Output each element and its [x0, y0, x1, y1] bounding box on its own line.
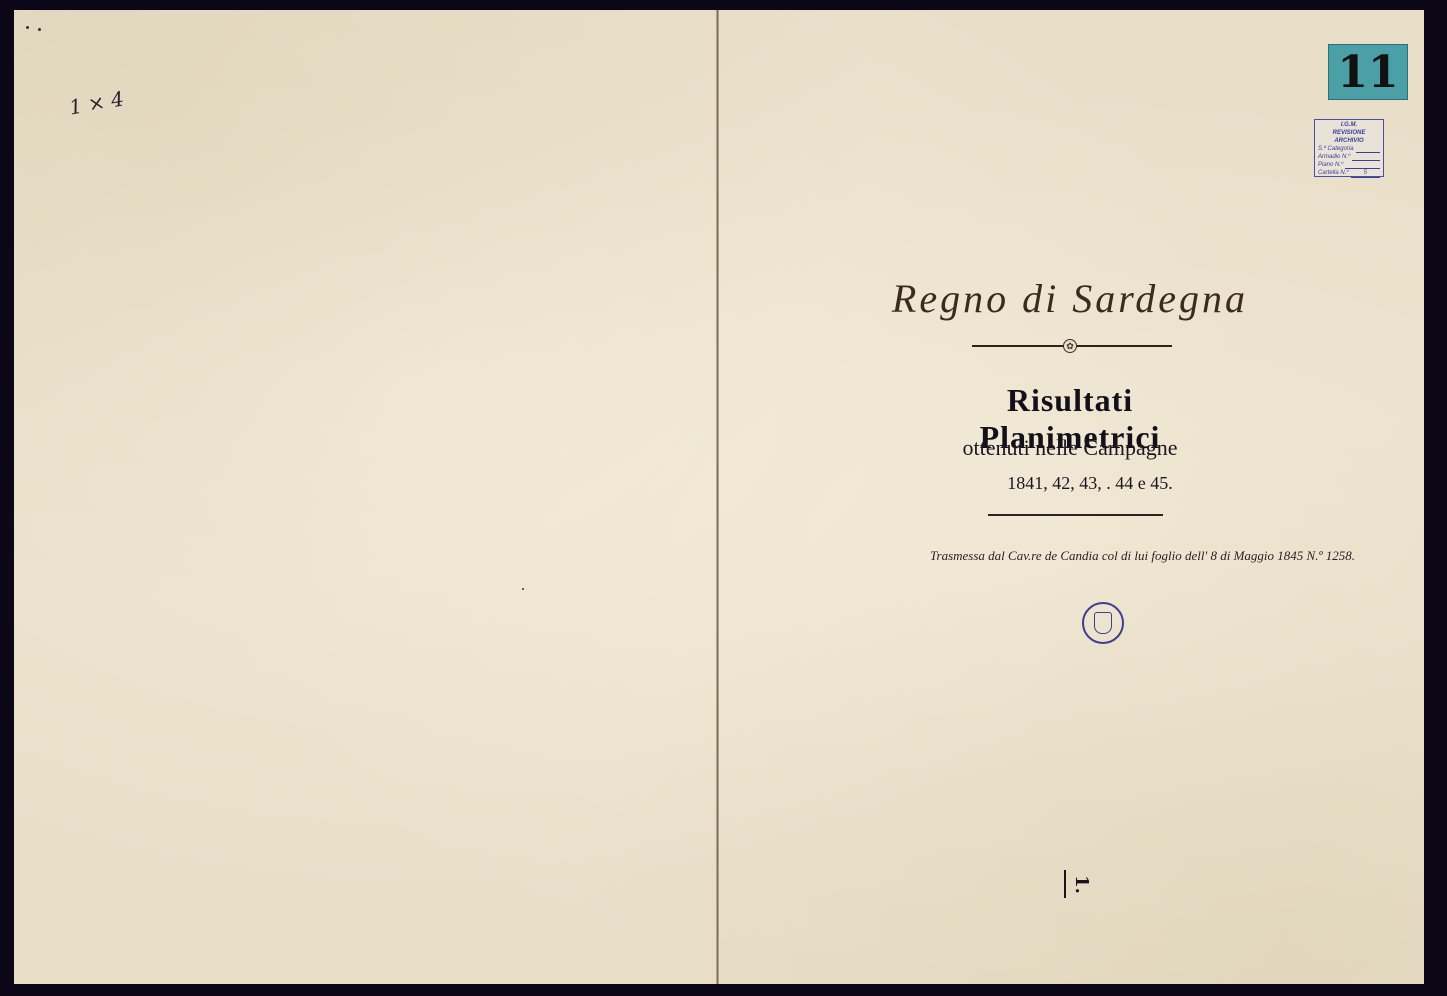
ink-speck	[38, 28, 41, 31]
scanned-document-sheet: 1 × 4	[14, 10, 1424, 984]
stamp-row-value	[1345, 161, 1380, 169]
left-page: 1 × 4	[14, 10, 718, 984]
ornament-divider: ✿	[972, 345, 1172, 347]
stamp-row-label: S.ª Categoria	[1318, 145, 1354, 153]
flower-ornament-icon: ✿	[1063, 339, 1077, 353]
stamp-row: Armadio N.º	[1318, 153, 1380, 161]
stamp-row-label: Armadio N.º	[1318, 153, 1350, 161]
stamp-row-value	[1352, 153, 1380, 161]
stamp-row: S.ª Categoria	[1318, 145, 1380, 153]
ink-speck	[522, 588, 524, 590]
title-kingdom: Regno di Sardegna	[880, 275, 1260, 322]
stamp-row: Piano N.º	[1318, 161, 1380, 169]
stamp-row-value: 5	[1351, 169, 1380, 178]
archive-number-label: 11	[1328, 44, 1408, 100]
stamp-header-2: REVISIONE ARCHIVIO	[1318, 129, 1380, 145]
divider-rule	[988, 514, 1163, 516]
folio-marker: 1.	[1064, 870, 1091, 898]
stamp-row: Cartella N.º 5	[1318, 169, 1380, 178]
stamp-row-value	[1356, 145, 1380, 153]
folio-bar	[1064, 870, 1066, 898]
ink-speck	[26, 26, 29, 29]
stamp-row-label: Cartella N.º	[1318, 169, 1349, 178]
archive-stamp: I.G.M. REVISIONE ARCHIVIO S.ª Categoria …	[1314, 119, 1384, 177]
stamp-header-1: I.G.M.	[1318, 121, 1380, 129]
archive-seal-icon	[1082, 602, 1124, 644]
pencil-marks: 1 × 4	[67, 85, 126, 120]
folio-number: 1.	[1071, 875, 1092, 894]
stamp-row-label: Piano N.º	[1318, 161, 1343, 169]
document-subtitle: ottenuti nelle Campagne	[920, 435, 1220, 461]
transmission-note: Trasmessa dal Cav.re de Candia col di lu…	[930, 548, 1300, 564]
campaign-years: 1841, 42, 43, . 44 e 45.	[960, 473, 1220, 494]
shield-icon	[1094, 612, 1112, 634]
